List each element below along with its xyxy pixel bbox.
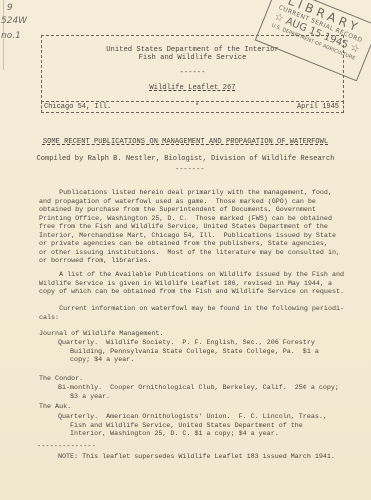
section-separator: ------- (175, 166, 204, 174)
handwritten-call-number: 9 524W no.1 (1, 0, 27, 42)
intro-paragraph: Publications listed herein deal primaril… (39, 189, 349, 266)
issue-date: April 1945 (297, 102, 339, 112)
leaflet-number: Wildlife Leaflet 267 (42, 84, 343, 92)
periodical-details: Quarterly. Wildlife Society. P. F. Engli… (58, 339, 319, 365)
document-page: 9 524W no.1 United States Department of … (0, 0, 371, 500)
document-title: SOME RECENT PUBLICATIONS ON MANAGEMENT A… (0, 138, 371, 146)
location: Chicago 54, Ill. (44, 102, 111, 112)
handwritten-line: no.1 (1, 31, 27, 42)
footnote-rule: -------------- (37, 443, 96, 451)
list-paragraph: A list of the Available Publications on … (39, 271, 349, 297)
compiled-by: Compiled by Ralph B. Nestler, Biologist,… (0, 155, 371, 163)
handwritten-line: 524W (1, 16, 27, 27)
header-footer-row: Chicago 54, Ill. * April 1945 (41, 101, 344, 113)
periodical-name: Journal of Wildlife Management. (39, 330, 163, 338)
handwritten-line: 9 (7, 3, 27, 14)
header-separator: ------ (42, 69, 343, 77)
supersedes-note: NOTE: This leaflet supersedes Wildlife L… (58, 453, 335, 461)
periodicals-intro: Current information on waterfowl may be … (39, 305, 349, 322)
periodical-name: The Condor. (39, 375, 83, 383)
periodical-details: Quarterly. American Ornithologists' Unio… (58, 413, 327, 439)
star-mark: * (195, 102, 199, 112)
periodical-details: Bi-monthly. Cooper Ornithological Club, … (58, 384, 339, 401)
periodical-name: The Auk. (39, 403, 71, 411)
